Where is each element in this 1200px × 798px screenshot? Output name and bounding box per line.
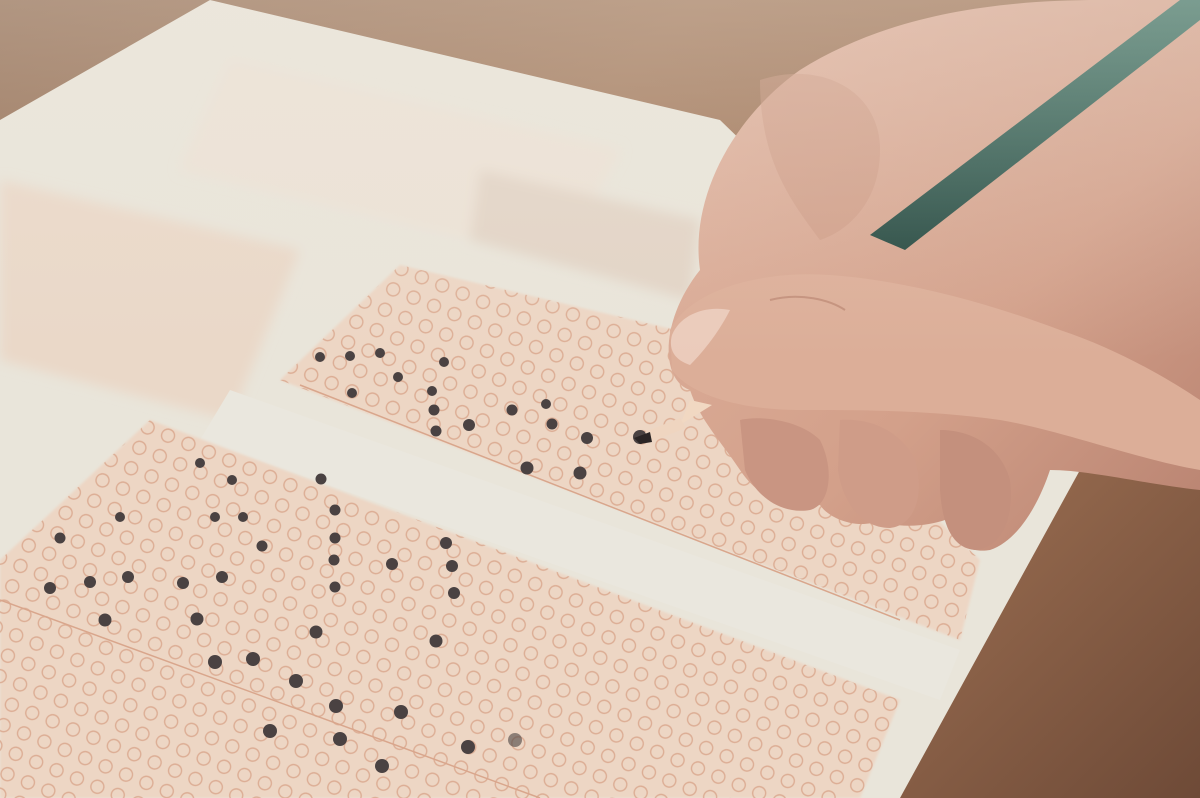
photo-scene	[0, 0, 1200, 798]
answer-sheet-illustration	[0, 0, 1200, 798]
hand	[669, 0, 1200, 551]
